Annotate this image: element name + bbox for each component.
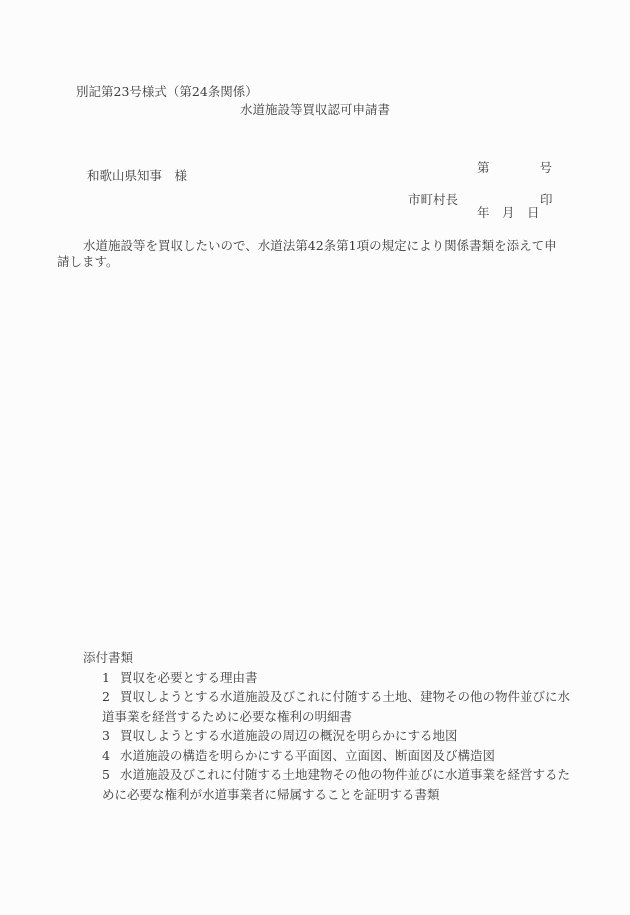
form-reference-label: 別記第23号様式（第24条関係） [76,84,258,99]
attachment-text: 買収しようとする水道施設及びこれに付随する土地、建物その他の物件並びに水道事業を… [102,689,570,724]
attachment-text: 買収を必要とする理由書 [120,670,258,685]
attachment-item: 3買収しようとする水道施設の周辺の概況を明らかにする地図 [102,726,577,746]
attachment-item: 4水道施設の構造を明らかにする平面図、立面図、断面図及び構造図 [102,746,577,766]
attachments-section: 添付書類 1買収を必要とする理由書 2買収しようとする水道施設及びこれに付随する… [83,648,583,804]
attachment-number: 1 [102,670,110,685]
attachment-item: 1買収を必要とする理由書 [102,668,577,688]
attachment-number: 5 [102,767,110,782]
attachment-item: 5水道施設及びこれに付随する土地建物その他の物件並びに水道事業を経営するために必… [102,765,577,804]
document-date-line: 年 月 日 [477,205,552,220]
attachment-item: 2買収しようとする水道施設及びこれに付随する土地、建物その他の物件並びに水道事業… [102,687,577,726]
attachment-number: 2 [102,689,110,704]
document-number-line: 第 号 [477,160,552,175]
attachment-text: 水道施設及びこれに付随する土地建物その他の物件並びに水道事業を経営するために必要… [102,767,570,802]
document-page: 別記第23号様式（第24条関係） 水道施設等買収認可申請書 第 号 年 月 日 … [0,0,630,915]
applicant-title: 市町村長 [408,192,458,207]
page-title: 水道施設等買収認可申請書 [0,102,630,118]
attachments-heading: 添付書類 [83,648,583,668]
addressee-line: 和歌山県知事 様 [87,168,187,183]
attachment-text: 買収しようとする水道施設の周辺の概況を明らかにする地図 [120,728,458,743]
attachment-number: 3 [102,728,110,743]
number-date-block: 第 号 年 月 日 [477,130,552,250]
body-paragraph: 水道施設等を買収したいので、水道法第42条第1項の規定により関係書類を添えて申請… [57,238,567,269]
attachments-list: 1買収を必要とする理由書 2買収しようとする水道施設及びこれに付随する土地、建物… [102,668,577,805]
attachment-text: 水道施設の構造を明らかにする平面図、立面図、断面図及び構造図 [120,748,495,763]
attachment-number: 4 [102,748,110,763]
seal-placeholder: 印 [540,192,553,207]
